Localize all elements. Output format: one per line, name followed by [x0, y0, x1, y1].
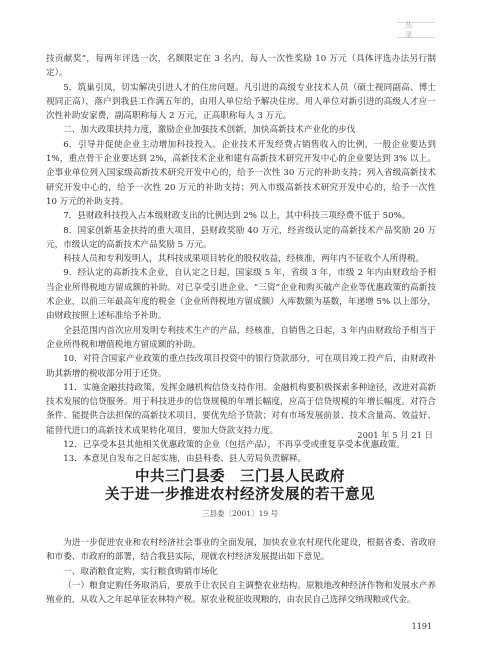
paragraph-continuation: 技贡献奖”，每两年评选一次，名额限定在 3 名内，每人一次性奖励 10 万元（具…: [46, 52, 436, 81]
paragraph-tax-exemption: 科技人员和专利发明人，其科技成果项目转化的股权收益，经核准，两年内不征收个人所得…: [46, 252, 436, 266]
issue-date: 2001 年 5 月 21 日: [357, 429, 433, 441]
paragraph-item-5: 5．筑巢引凤，切实解决引进人才的住房问题。凡引进的高级专业技术人员（硕士视同副高…: [46, 81, 436, 124]
paragraph-item-7: 7．县财政科技投入占本级财政支出的比例达到 2% 以上，其中科技三项经费不低于 …: [46, 209, 436, 223]
paragraph-item-9: 9．经认定的高新技术企业，自认定之日起，国家级 5 年，省级 3 年，市级 2 …: [46, 266, 436, 323]
section-heading-1: 一、取消粮食定购，实行粮食购销市场化: [46, 565, 436, 579]
title-line-2: 关于进一步推进农村经济发展的若干意见: [0, 486, 480, 504]
document-title: 中共三门县委 三门县人民政府 关于进一步推进农村经济发展的若干意见: [0, 468, 480, 504]
title-line-1: 中共三门县委 三门县人民政府: [0, 468, 480, 486]
paragraph-patent-products: 全县范围内首次应用发明专利技术生产的产品，经核准，自销售之日起，3 年内由财政给…: [46, 324, 436, 353]
section-heading-2: 二、加大政策扶持力度，激励企业加强技术创新，加快高新技术产业化的步伐: [46, 123, 436, 137]
paragraph-preamble: 为进一步促进农业和农村经济社会事业的全面发展，加快农业农村现代化建设，根据省委、…: [46, 536, 436, 565]
page-number: 1191: [412, 622, 432, 631]
paragraph-item-6: 6．引导并促使企业主动增加科技投入。企业技术开发经费占销售收入的比例，一般企业要…: [46, 138, 436, 209]
paragraph-item-8: 8．国家创新基金扶持的重大项目，县财政奖励 40 万元，经省级认定的高新技术产品…: [46, 224, 436, 253]
part2-body: 为进一步促进农业和农村经济社会事业的全面发展，加快农业农村现代化建设，根据省委、…: [46, 536, 436, 607]
paragraph-item-10: 10．对符合国家产业政策的重点技改项目投资中的银行贷款部分，可在项目竣工投产后，…: [46, 352, 436, 381]
paragraph-item-13: 13．本意见自发布之日起实施，由县科委、县人劳局负责解释。: [46, 452, 436, 466]
part1-body: 技贡献奖”，每两年评选一次，名额限定在 3 名内，每人一次性奖励 10 万元（具…: [46, 52, 436, 467]
section-label-text: 丛 录: [405, 20, 435, 40]
document-number: 三县委〔2001〕19 号: [0, 508, 480, 519]
section-header-label: 丛 录: [397, 22, 435, 38]
paragraph-subitem-1: （一）粮食定购任务取消后，要放手让农民自主调整农业结构。原粮地改种经济作物和发展…: [46, 579, 436, 608]
